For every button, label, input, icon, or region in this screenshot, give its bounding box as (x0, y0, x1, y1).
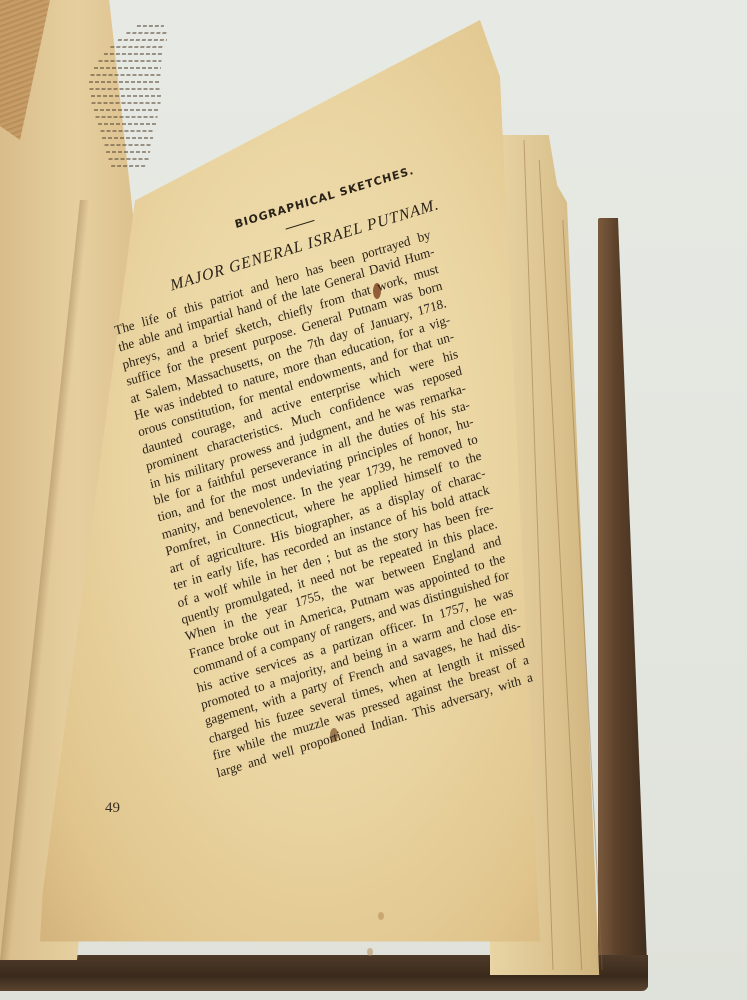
foxing-spot (378, 912, 384, 920)
page-number: 49 (105, 800, 120, 817)
foxing-spot (367, 948, 373, 956)
title-rule (286, 220, 315, 230)
